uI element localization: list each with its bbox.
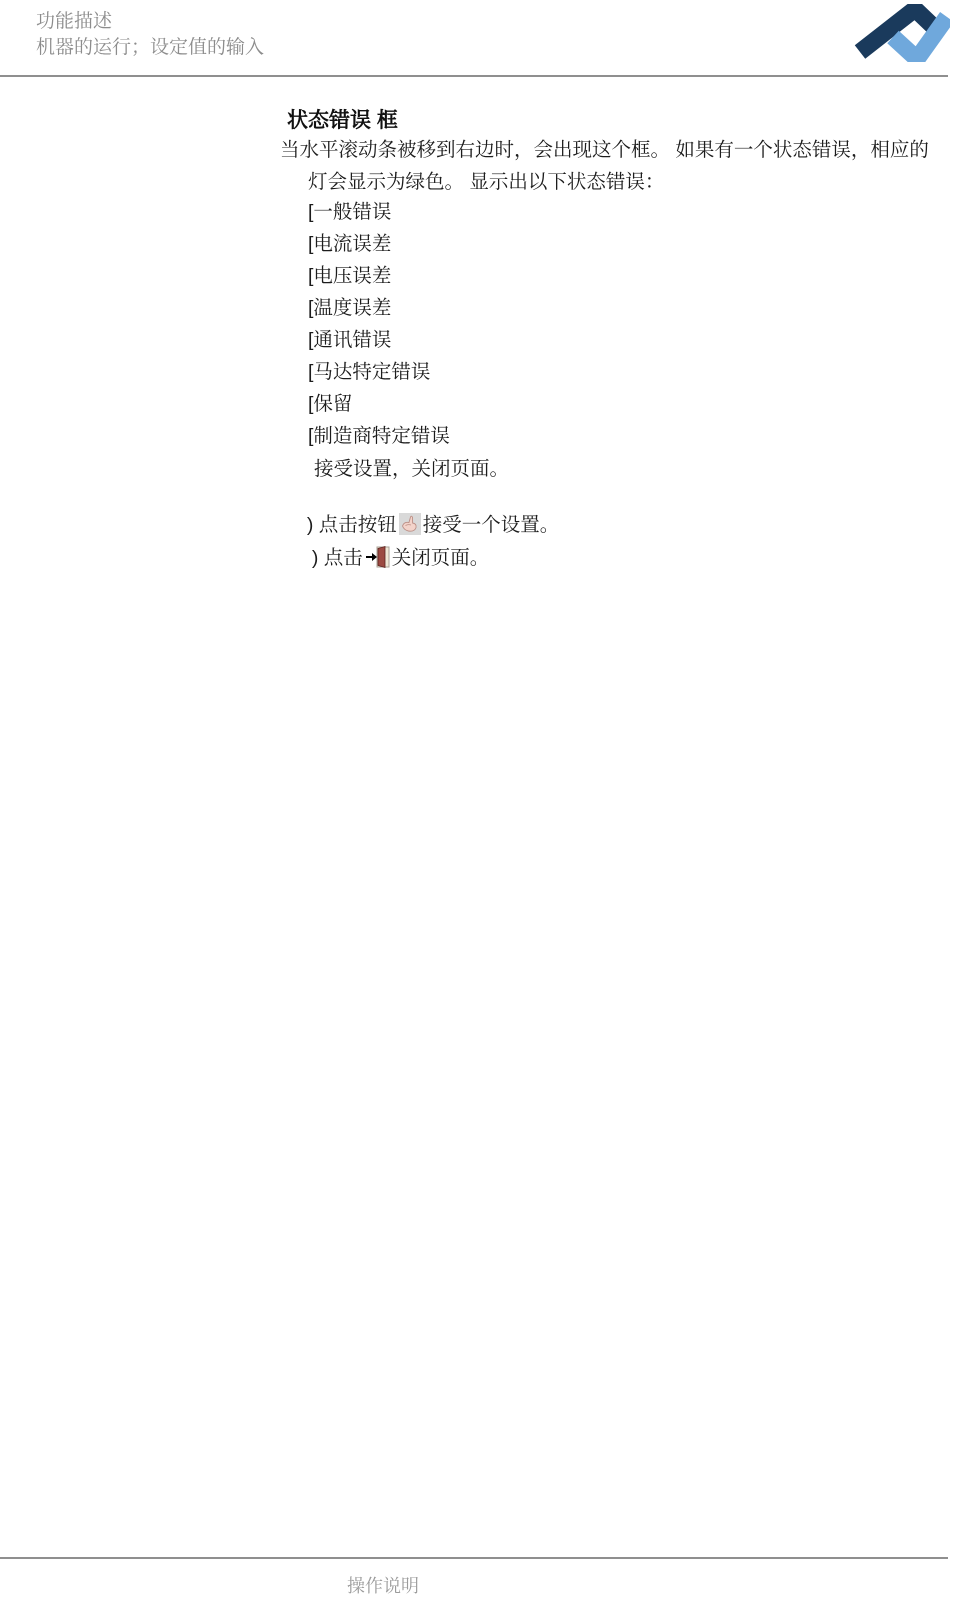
- error-list-item: [马达特定错误: [308, 360, 430, 384]
- zigzag-checkmark-logo-graphic: [845, 4, 950, 62]
- manual-page: { "brand": { "logo": "zigzag-checkmark-l…: [0, 0, 965, 1606]
- brand-logo: [845, 4, 950, 67]
- step-text: 关闭页面。: [392, 547, 490, 569]
- error-list-item: [通讯错误: [308, 328, 391, 352]
- footer-divider: [0, 1557, 948, 1559]
- header-doc-type: 功能描述: [36, 9, 112, 35]
- section-title: 状态错误 框: [287, 104, 398, 134]
- footer-label: 操作说明: [347, 1572, 419, 1598]
- header-divider: [0, 75, 948, 77]
- header-doc-subtitle: 机器的运行；设定值的输入: [36, 35, 264, 61]
- paragraph-line: 灯会显示为绿色。 显示出以下状态错误：: [308, 170, 664, 194]
- error-list-item: [电流误差: [308, 232, 391, 256]
- error-list-item: [电压误差: [308, 264, 391, 288]
- paragraph-line: 当水平滚动条被移到右边时，会出现这个框。 如果有一个状态错误，相应的: [280, 138, 929, 162]
- exit-door-icon: [365, 546, 390, 574]
- subheading: 接受设置，关闭页面。: [314, 457, 509, 481]
- error-list-item: [制造商特定错误: [308, 424, 450, 448]
- step-close-page: ) 点击关闭页面。: [301, 522, 489, 574]
- error-list-item: [温度误差: [308, 296, 391, 320]
- error-list-item: [保留: [308, 392, 352, 416]
- error-list-item: [一般错误: [308, 200, 391, 224]
- step-text: ) 点击: [312, 547, 363, 569]
